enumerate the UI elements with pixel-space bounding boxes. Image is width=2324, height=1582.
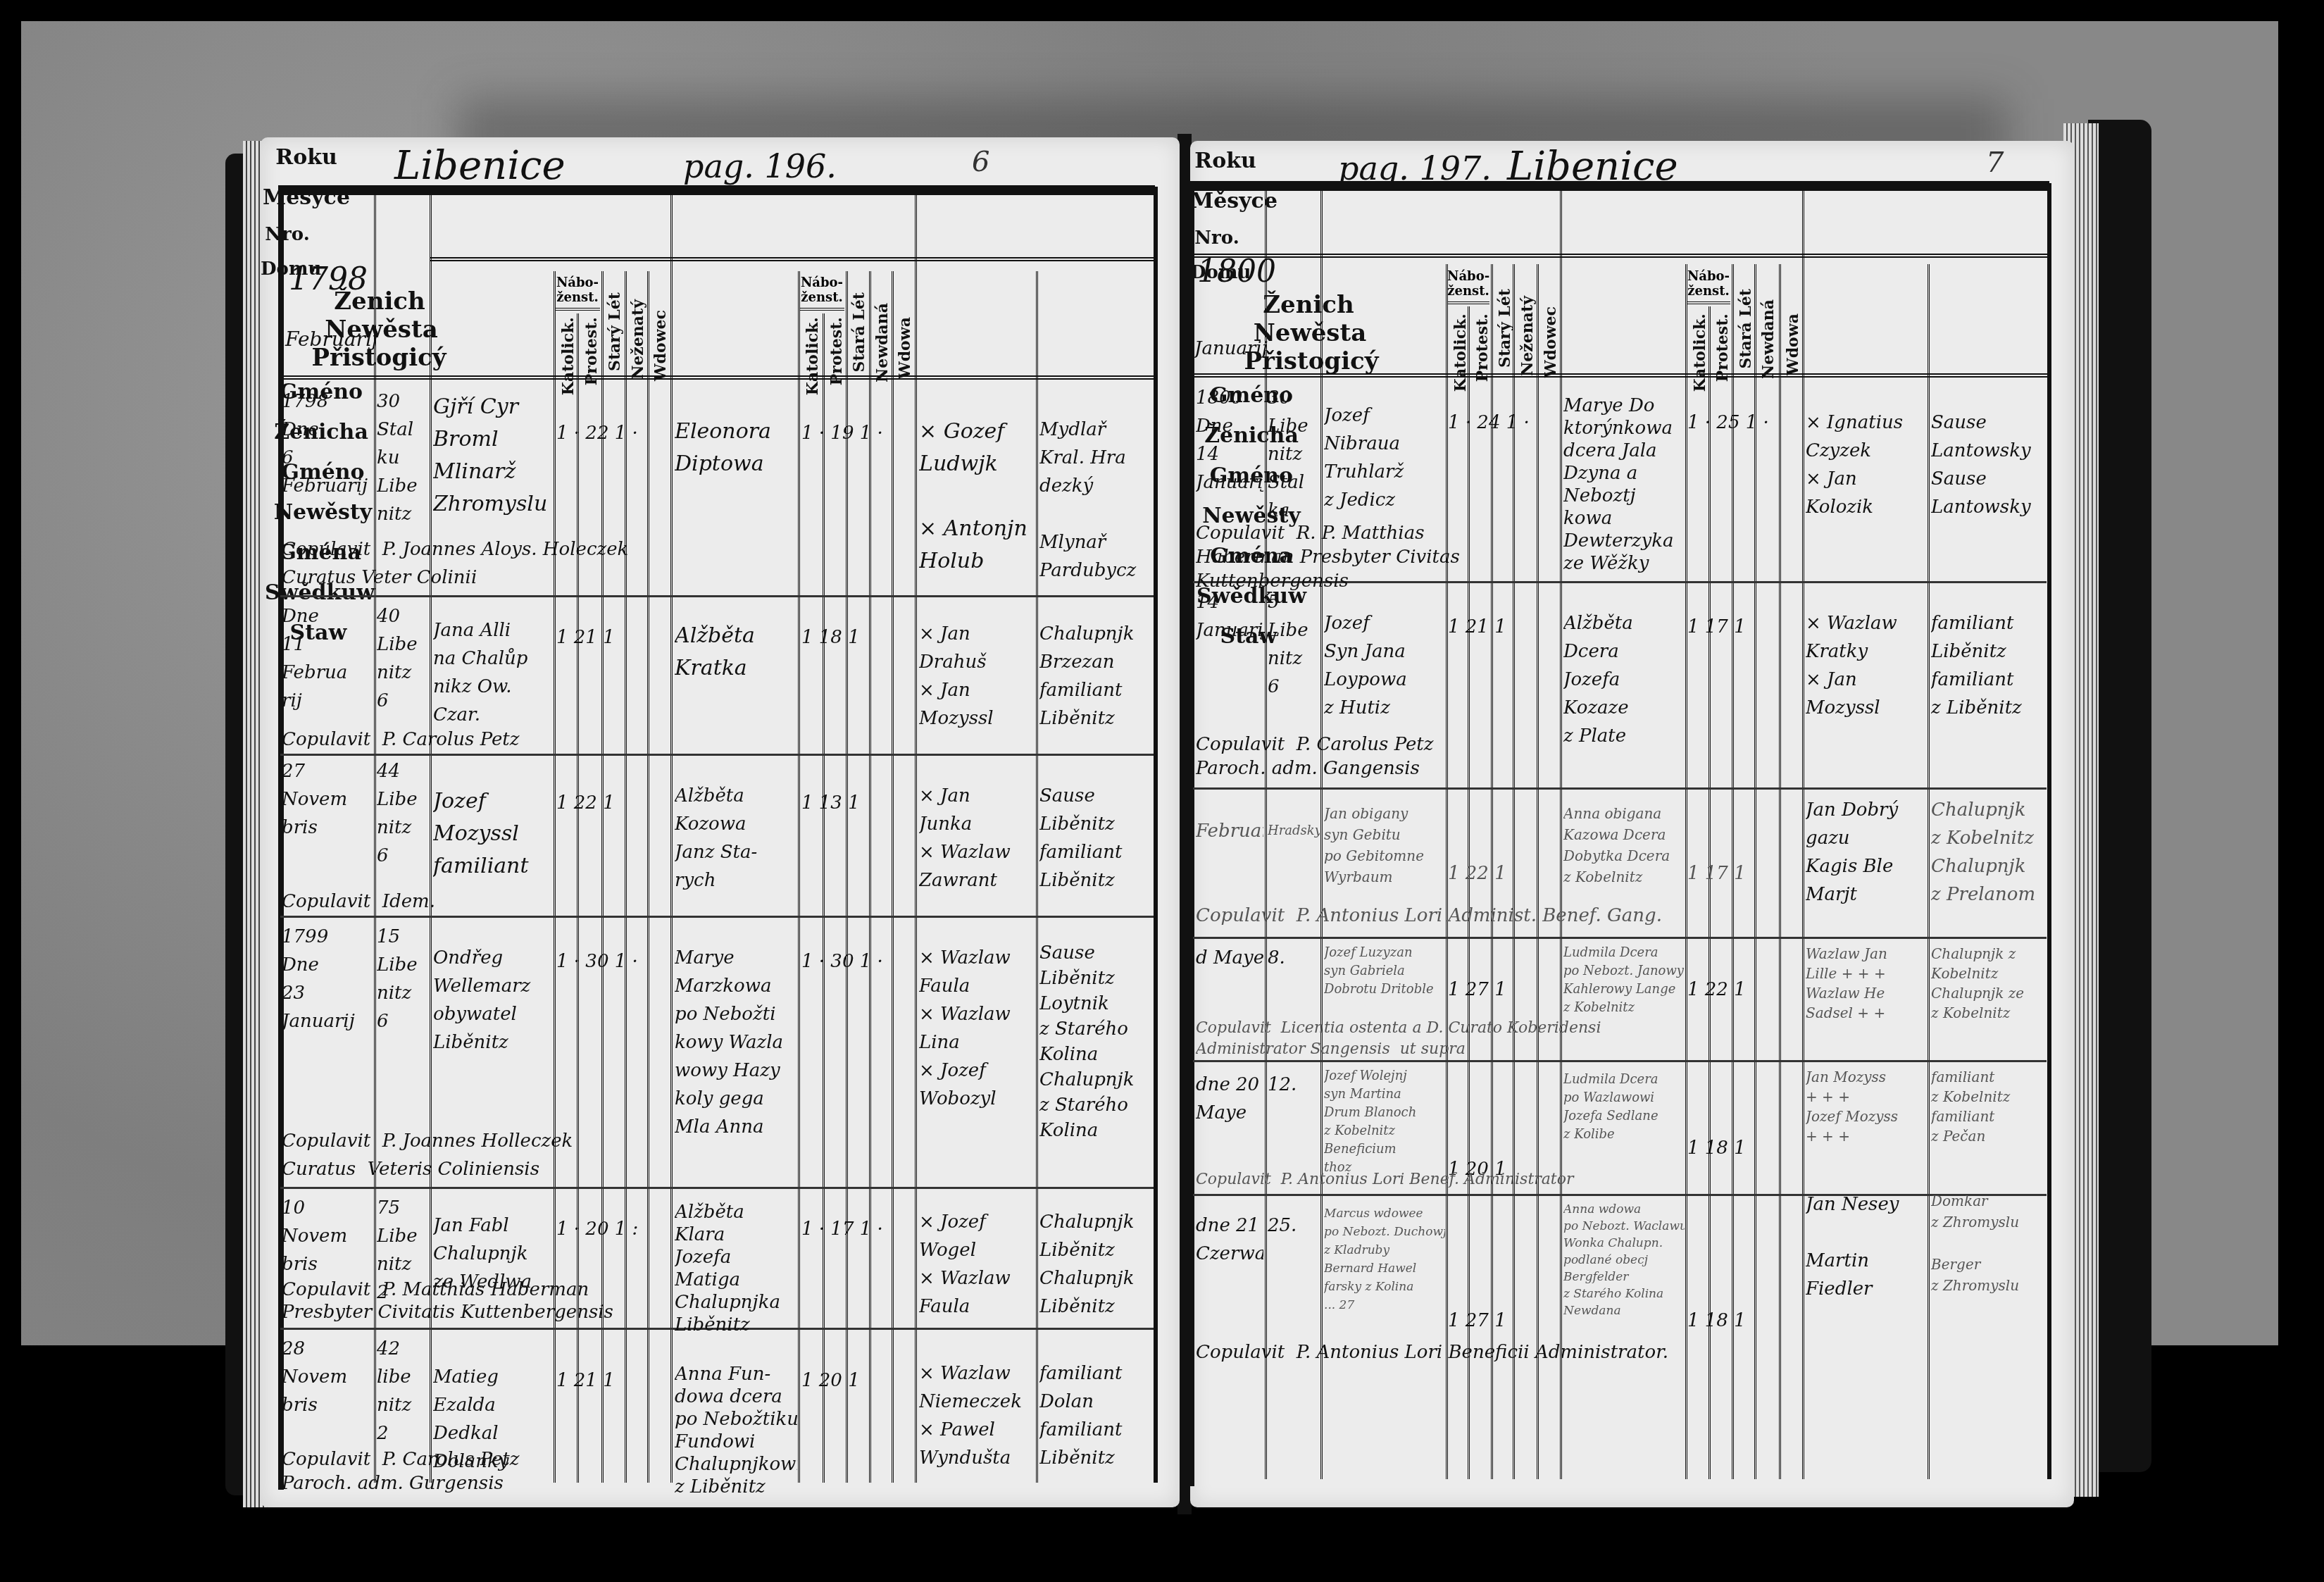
folio-number: 7 <box>1986 147 2004 179</box>
entry-officiant: Copulavit R. P. Matthias Haberman Presby… <box>1196 521 1618 593</box>
entry-date: 1798 Dne 6 Februarij <box>282 387 373 500</box>
entry-bride: Alžběta Kratka <box>675 620 797 685</box>
entry-bride-marks: 1 · 30 1 · <box>801 947 914 976</box>
header-protest-groom: Protest. <box>582 317 601 388</box>
header-month: Januarij <box>1194 338 1268 359</box>
entry-officiant: Copulavit Idem. <box>282 887 634 916</box>
entry-officiant: Copulavit P. Carolus Petz <box>282 725 775 754</box>
header-nabozenst-groom: Nábo-ženst. <box>555 275 600 311</box>
header-roku: Roku <box>261 137 352 177</box>
scanner-bottom-shadow <box>0 1514 2324 1582</box>
entry-house: 40 Libe nitz 6 <box>377 602 429 715</box>
header-zenich: Ženich <box>1190 291 1427 319</box>
table-right-border <box>1154 187 1158 1483</box>
entry-officiant: Copulavit P. Joannes Holleczek Curatus V… <box>282 1127 704 1183</box>
header-nabozenst-bride: Nábo-ženst. <box>799 275 844 311</box>
entry-bride-marks: 1 17 1 <box>1687 859 1801 887</box>
header-katolick-bride: Katolick. <box>804 317 822 398</box>
entry-bride: Marye Marzkowa po Nebožti kowy Wazla wow… <box>675 944 797 1141</box>
entry-bride: Eleonora Diptowa <box>675 416 797 480</box>
entry-officiant: Copulavit P. Matthias Haberman Presbyter… <box>282 1278 732 1323</box>
entry-bride-marks: 1 22 1 <box>1687 976 1801 1004</box>
col-divider <box>1802 183 1804 1479</box>
entry-groom: Jozef Syn Jana Loypowa z Hutiz <box>1324 609 1445 722</box>
entry-groom: Jana Alli na Chalůp nikz Ow. Czar. <box>433 616 553 729</box>
entry-divider <box>280 1187 1154 1189</box>
entry-status: Mydlař Kral. Hra dezký Mlynař Pardubycz <box>1039 416 1152 585</box>
entry-groom: Jozef Mozyssl familiant <box>433 785 553 883</box>
entry-date: 1799 Dne 23 Januarij <box>282 923 373 1035</box>
header-mid-rule <box>430 257 1155 261</box>
entry-groom-marks: 1 22 1 <box>1448 859 1559 887</box>
col-divider <box>892 271 894 1483</box>
header-stary-let: Starý Lét <box>1496 289 1514 370</box>
entry-bride: Ludmila Dcera po Wazlawowi Jozefa Sedlan… <box>1563 1071 1685 1144</box>
entry-status: Sause Liběnitz familiant Liběnitz <box>1039 782 1152 895</box>
entry-status: Chalupnjk z Kobelnitz Chalupnjk z Prelan… <box>1931 796 2047 909</box>
entry-house: 42 libe nitz 2 <box>377 1335 429 1447</box>
header-mesyce: Měsyce <box>261 177 352 218</box>
header-month: Februarij <box>285 328 378 351</box>
entry-groom-marks: 1 27 1 <box>1448 976 1559 1004</box>
header-stary-let: Starý Lét <box>606 292 624 374</box>
header-top-rule <box>1190 181 2049 191</box>
entry-divider <box>1193 937 2047 939</box>
entry-groom: Gjří Cyr Broml Mlinarž Zhromyslu <box>433 391 553 521</box>
entry-status: Chalupnjk Brzezan familiant Liběnitz <box>1039 620 1152 733</box>
col-divider <box>869 271 871 1483</box>
header-nezenaty: Neženatý <box>629 299 647 382</box>
entry-witnesses: Wazlaw Jan Lille + + + Wazlaw He Sadsel … <box>1806 944 1927 1023</box>
header-nro: Nro. <box>261 218 314 252</box>
col-divider <box>915 187 917 1483</box>
left-page: Libenice pag. 196. 6 Roku 1798 Měsyce Fe… <box>261 137 1180 1507</box>
entry-status: Chalupnjk z Kobelnitz Chalupnjk ze z Kob… <box>1931 944 2047 1023</box>
place-title: Libenice <box>394 143 566 189</box>
entry-groom: Jozef Wolejnj syn Martina Drum Blanoch z… <box>1324 1067 1445 1177</box>
entry-status: familiant Liběnitz familiant z Liběnitz <box>1931 609 2047 722</box>
col-divider <box>1708 306 1711 1479</box>
entry-officiant: Copulavit Licentia ostenta a D. Curato K… <box>1196 1018 1830 1060</box>
col-divider <box>1036 271 1038 1483</box>
entry-bride-marks: 1 · 17 1 · <box>801 1215 914 1243</box>
entry-groom-marks: 1 21 1 <box>556 623 669 652</box>
header-wdowec: Wdowec <box>651 310 670 384</box>
entry-witnesses: Jan Nesey Martin Fiedler <box>1806 1190 1927 1303</box>
entry-groom: Jan obigany syn Gebitu po Gebitomne Wyrb… <box>1324 803 1445 887</box>
header-katolick-groom: Katolick. <box>559 317 577 398</box>
entry-house: 5 Libe nitz 6 <box>1268 588 1320 701</box>
entry-house: 12. <box>1268 1071 1320 1099</box>
entry-bride-marks: 1 · 25 1 · <box>1687 409 1801 437</box>
entry-date: Dne 11 Februa rij <box>282 602 373 715</box>
entry-officiant: Copulavit P. Joannes Aloys. Holeczek Cur… <box>282 535 901 592</box>
col-divider <box>1468 306 1470 1479</box>
header-wdowa: Wdowa <box>896 317 914 382</box>
col-divider <box>798 271 800 1483</box>
header-nabozenst-groom: Nábo-ženst. <box>1447 269 1489 304</box>
entry-house: 15 Libe nitz 6 <box>377 923 429 1035</box>
entry-bride: Alžběta Kozowa Janz Sta- rych <box>675 782 797 895</box>
entry-groom: Marcus wdowee po Nebozt. Duchowj z Kladr… <box>1324 1204 1445 1314</box>
entry-witnesses: × Ignatius Czyzek × Jan Kolozik <box>1806 409 1927 521</box>
entry-witnesses: × Gozef Ludwjk × Antonjn Holub <box>919 416 1035 578</box>
header-year: 1800 <box>1197 254 1276 289</box>
entry-bride: Anna obigana Kazowa Dcera Dobytka Dcera … <box>1563 803 1685 887</box>
entry-officiant: Copulavit P. Antonius Lori Benef. Admini… <box>1196 1169 1830 1190</box>
entry-date: dne 21 Czerwa <box>1196 1212 1263 1268</box>
entry-date: Februarij <box>1196 817 1263 845</box>
entry-witnesses: × Jan Junka × Wazlaw Zawrant <box>919 782 1035 895</box>
entry-bride-marks: 1 · 19 1 · <box>801 419 914 447</box>
entry-status: familiant Dolan familiant Liběnitz <box>1039 1359 1152 1472</box>
entry-witnesses: × Jozef Wogel × Wazlaw Faula <box>919 1208 1035 1321</box>
col-divider <box>1265 183 1267 1479</box>
entry-officiant: Copulavit P. Carolus Petz Paroch. adm. G… <box>282 1447 704 1495</box>
header-protest-bride: Protest. <box>827 317 846 388</box>
entry-groom-marks: 1 27 1 <box>1448 1307 1559 1335</box>
entry-house: 30 Stal ku Libe nitz <box>377 387 429 528</box>
header-stara-let: Stará Lét <box>1737 289 1755 371</box>
entry-officiant: Copulavit P. Antonius Lori Beneficii Adm… <box>1196 1338 1830 1366</box>
entry-house: 30 Libe nitz Stal ka <box>1268 384 1320 525</box>
entry-bride-marks: 1 18 1 <box>1687 1307 1801 1335</box>
entry-groom-marks: 1 22 1 <box>556 789 669 817</box>
entry-bride-marks: 1 17 1 <box>1687 613 1801 641</box>
entry-date: 10 Novem bris <box>282 1194 373 1278</box>
entry-house: 25. <box>1268 1212 1320 1240</box>
header-newdana: Newdaná <box>873 303 892 385</box>
entry-bride: Anna wdowa po Nebozt. Waclawu Wonka Chal… <box>1563 1201 1685 1319</box>
entry-witnesses: × Wazlaw Faula × Wazlaw Lina × Jozef Wob… <box>919 944 1035 1113</box>
entry-witnesses: × Wazlaw Kratky × Jan Mozyssl <box>1806 609 1927 722</box>
right-page: pag. 197. Libenice 7 Roku 1800 Měsyce Ja… <box>1190 141 2074 1507</box>
entry-groom-marks: 1 · 24 1 · <box>1448 409 1559 437</box>
header-katolick-groom: Katolick. <box>1451 313 1470 394</box>
entry-house: 44 Libe nitz 6 <box>377 757 429 870</box>
header-bottom-rule <box>1190 373 2049 378</box>
entry-divider <box>280 916 1154 918</box>
entry-divider <box>1193 787 2047 790</box>
entry-divider <box>1193 1060 2047 1062</box>
col-divider <box>1320 183 1323 1479</box>
folio-number: 6 <box>972 146 989 178</box>
entry-groom: Jozef Luzyzan syn Gabriela Dobrotu Drito… <box>1324 944 1445 999</box>
entry-status: Domkar z Zhromyslu Berger z Zhromyslu <box>1931 1190 2047 1296</box>
header-mid-rule <box>1190 254 2049 258</box>
header-wdowec: Wdowec <box>1542 306 1560 380</box>
col-divider <box>1560 183 1562 1479</box>
table-right-border <box>2047 183 2051 1479</box>
entry-house: Hradsky <box>1268 817 1320 845</box>
entry-status: Chalupnjk Liběnitz Chalupnjk Liběnitz <box>1039 1208 1152 1321</box>
entry-groom: Ondřeg Wellemarz obywatel Liběnitz <box>433 944 553 1057</box>
entry-witnesses: Jan Dobrý gazu Kagis Ble Marjt <box>1806 796 1927 909</box>
entry-groom-marks: 1 · 22 1 · <box>556 419 669 447</box>
col-divider <box>1928 264 1930 1479</box>
page-reference: pag. 196. <box>683 147 837 185</box>
entry-groom: Jozef Nibraua Truhlarž z Jedicz <box>1324 401 1445 514</box>
header-protest-groom: Protest. <box>1473 313 1492 385</box>
header-nezenaty: Neženatý <box>1518 296 1537 379</box>
entry-status: Sause Liběnitz Loytnik z Starého Kolina … <box>1039 940 1152 1143</box>
entry-bride: Ludmila Dcera po Nebozt. Janowy Kahlerow… <box>1563 944 1685 1017</box>
entry-witnesses: × Jan Drahuš × Jan Mozyssl <box>919 620 1035 733</box>
entry-groom-marks: 1 · 30 1 · <box>556 947 669 976</box>
table-left-border <box>1189 183 1194 1486</box>
entry-status: familiant z Kobelnitz familiant z Pečan <box>1931 1067 2047 1146</box>
header-protest-bride: Protest. <box>1713 313 1732 385</box>
header-bottom-rule <box>278 375 1155 380</box>
entry-date: d Maye <box>1196 944 1263 972</box>
entry-bride-marks: 1 18 1 <box>1687 1134 1801 1162</box>
entry-witnesses: × Wazlaw Niemeczek × Pawel Wyndušta <box>919 1359 1035 1472</box>
header-katolick-bride: Katolick. <box>1691 313 1709 394</box>
header-year: 1798 <box>289 261 368 297</box>
entry-date: 1800 Dne 14 Januarij <box>1196 384 1263 497</box>
entry-groom-marks: 1 · 20 1 : <box>556 1215 669 1243</box>
col-divider <box>823 313 825 1483</box>
entry-status: Sause Lantowsky Sause Lantowsky <box>1931 409 2047 521</box>
entry-groom-marks: 1 21 1 <box>556 1366 669 1395</box>
entry-officiant: Copulavit P. Antonius Lori Administ. Ben… <box>1196 902 1830 930</box>
entry-bride: Alžběta Dcera Jozefa Kozaze z Plate <box>1563 609 1685 750</box>
entry-date: 14 Januarij <box>1196 588 1263 644</box>
header-nro: Nro. <box>1190 221 1244 256</box>
entry-bride-marks: 1 13 1 <box>801 789 914 817</box>
entry-groom-marks: 1 21 1 <box>1448 613 1559 641</box>
entry-bride-marks: 1 20 1 <box>801 1366 914 1395</box>
header-wdowa: Wdowa <box>1784 313 1802 378</box>
header-stara-let: Stará Lét <box>850 292 868 375</box>
entry-bride-marks: 1 18 1 <box>801 623 914 652</box>
entry-date: dne 20 Maye <box>1196 1071 1263 1127</box>
entry-date: 27 Novem bris <box>282 757 373 842</box>
entry-date: 28 Novem bris <box>282 1335 373 1419</box>
header-nabozenst-bride: Nábo-ženst. <box>1687 269 1730 304</box>
col-divider <box>846 271 848 1483</box>
entry-divider <box>280 595 1154 597</box>
entry-house: 8. <box>1268 944 1320 972</box>
header-newdana: Newdaná <box>1759 299 1778 382</box>
entry-divider <box>280 754 1154 756</box>
entry-officiant: Copulavit P. Carolus Petz Paroch. adm. G… <box>1196 733 1618 780</box>
header-roku: Roku <box>1190 141 1261 181</box>
header-top-rule <box>278 185 1155 195</box>
entry-witnesses: Jan Mozyss + + + Jozef Mozyss + + + <box>1806 1067 1927 1146</box>
